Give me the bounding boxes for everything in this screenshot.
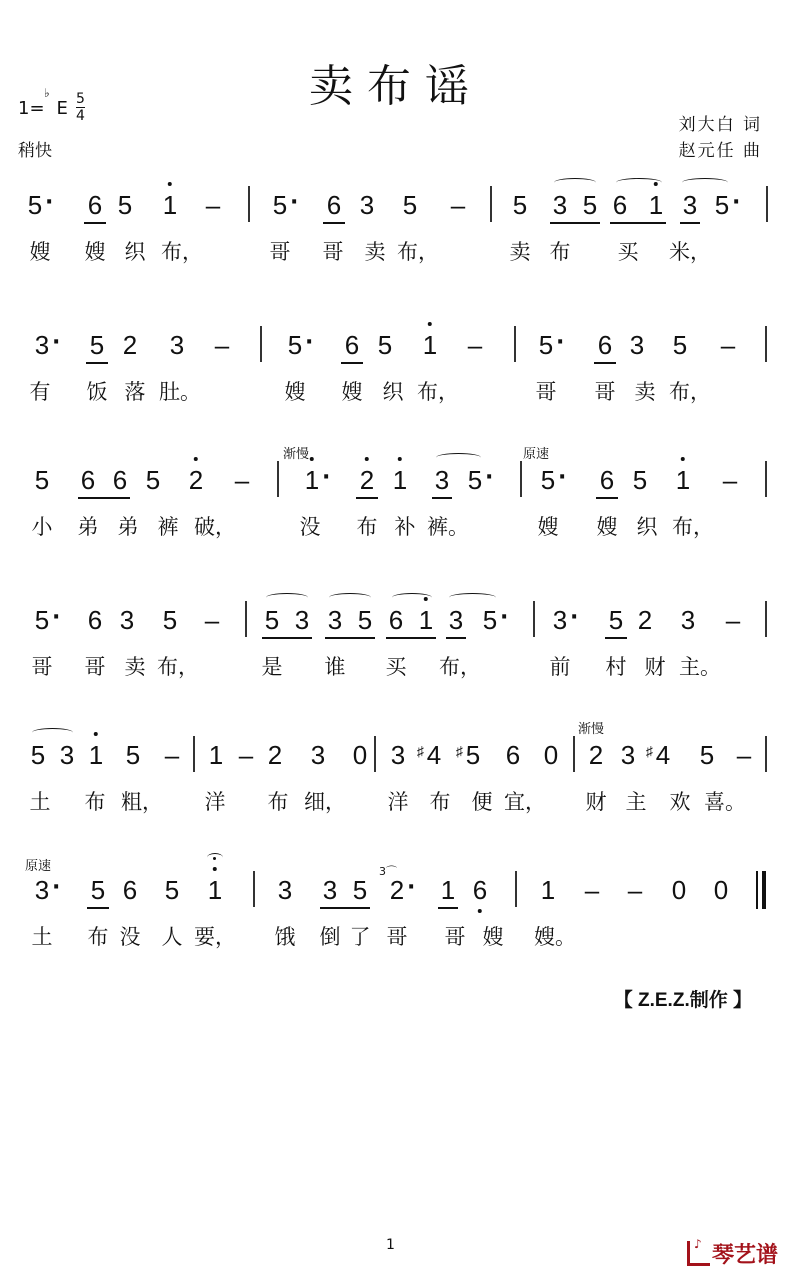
note: 5 — [378, 330, 392, 360]
note: 6 — [506, 740, 520, 770]
beam-underline — [596, 497, 618, 499]
beam-underline — [325, 637, 375, 639]
lyric-syllable: 嫂 — [30, 236, 51, 266]
lyric-syllable: 买 — [618, 236, 639, 266]
sharp-sign-icon: ♯ — [456, 736, 463, 766]
dash-extension: – — [628, 875, 642, 905]
bar-line — [277, 461, 279, 497]
lyric-syllable: 有 — [30, 376, 51, 406]
octave-down-dot-icon — [478, 909, 482, 913]
note: 0 — [672, 875, 686, 905]
note: 6 — [600, 465, 614, 495]
octave-up-dot-icon — [365, 457, 369, 461]
note: 6 — [327, 190, 341, 220]
lyric-syllable: 裤 — [158, 511, 179, 541]
bar-line — [765, 461, 767, 497]
note-value: 0 — [714, 875, 728, 905]
lyric-syllable: 土 — [32, 921, 53, 951]
note: 5 — [358, 605, 372, 635]
octave-up-dot-icon — [213, 867, 217, 871]
beam-underline — [594, 362, 616, 364]
beam-underline — [386, 637, 436, 639]
note-value: 5 — [91, 875, 105, 905]
note-value: 3 — [630, 330, 644, 360]
a-tempo-marking: 原速 — [25, 855, 51, 874]
lyricist-credit: 刘大白 词 — [679, 110, 762, 135]
note-value: 0 — [672, 875, 686, 905]
slur-arc — [266, 593, 308, 602]
augmentation-dot-icon: · — [305, 328, 313, 358]
bar-line — [245, 601, 247, 637]
slur-arc — [616, 178, 662, 187]
note-value: 3 — [553, 190, 567, 220]
note-value: 1 — [419, 605, 433, 635]
note: 4♯ — [427, 740, 441, 770]
bar-line — [514, 326, 516, 362]
lyric-syllable: 补 — [395, 511, 416, 541]
note: 3 — [170, 330, 184, 360]
octave-up-dot-icon — [681, 457, 685, 461]
lyric-syllable: 饿 — [275, 921, 296, 951]
lyric-syllable: 洋 — [205, 786, 226, 816]
page-number: 1 — [386, 1237, 395, 1253]
note-value: 5 — [466, 740, 480, 770]
key-signature: 1=♭E — [18, 98, 68, 119]
note: 5 — [633, 465, 647, 495]
beam-underline — [610, 222, 666, 224]
lyric-syllable: 哥 — [536, 376, 557, 406]
note-value: – — [468, 330, 482, 360]
note-value: 5 — [378, 330, 392, 360]
lyric-syllable: 没 — [120, 921, 141, 951]
ritardando-marking: 渐慢 — [578, 718, 604, 737]
note: 5 — [273, 190, 287, 220]
note-value: 6 — [389, 605, 403, 635]
note: 4♯ — [656, 740, 670, 770]
flat-sign-icon: ♭ — [44, 86, 50, 100]
note-value: 1 — [89, 740, 103, 770]
bar-line — [253, 871, 255, 907]
note-value: 5 — [633, 465, 647, 495]
note: 1 — [649, 190, 663, 220]
note: 3 — [681, 605, 695, 635]
lyric-syllable: 布 — [88, 921, 109, 951]
note-value: 5 — [673, 330, 687, 360]
note: 3 — [391, 740, 405, 770]
note-value: 5 — [28, 190, 42, 220]
note-value: 5 — [700, 740, 714, 770]
note-value: 6 — [327, 190, 341, 220]
note: 0 — [353, 740, 367, 770]
arranger-credit: 【 Z.E.Z.制作 】 — [614, 985, 752, 1012]
note-value: 5 — [539, 330, 553, 360]
note: 6 — [88, 605, 102, 635]
note: 0 — [714, 875, 728, 905]
lyric-syllable: 卖 — [365, 236, 386, 266]
lyric-syllable: 布 — [85, 786, 106, 816]
note-value: – — [737, 740, 751, 770]
logo-text: 琴艺谱 — [712, 1238, 778, 1269]
note: 5 — [28, 190, 42, 220]
lyric-syllable: 布， — [417, 376, 459, 406]
beam-underline — [320, 907, 370, 909]
octave-up-dot-icon — [428, 322, 432, 326]
score-system: 3·56513352·3⌒161––00土布没人要，饿倒了哥哥嫂嫂。原速 — [0, 875, 792, 985]
note-value: 3 — [295, 605, 309, 635]
lyric-syllable: 布， — [669, 376, 711, 406]
lyric-syllable: 了 — [350, 921, 371, 951]
augmentation-dot-icon: · — [485, 463, 493, 493]
note-value: 2 — [638, 605, 652, 635]
site-logo: 琴艺谱 — [687, 1238, 778, 1269]
note: 3 — [683, 190, 697, 220]
note: 6 — [598, 330, 612, 360]
note: 5 — [31, 740, 45, 770]
note-value: 6 — [123, 875, 137, 905]
note-value: 5 — [403, 190, 417, 220]
note-value: – — [723, 465, 737, 495]
note-value: 6 — [600, 465, 614, 495]
lyric-syllable: 布， — [672, 511, 714, 541]
note: 1 — [423, 330, 437, 360]
bar-line — [520, 461, 522, 497]
note-value: 5 — [35, 605, 49, 635]
dash-extension: – — [468, 330, 482, 360]
augmentation-dot-icon: · — [52, 328, 60, 358]
score-system: 5·651–5·635–5356135·嫂嫂织布，哥哥卖布，卖布买米， — [0, 190, 792, 300]
note-value: 3 — [328, 605, 342, 635]
note-value: 1 — [423, 330, 437, 360]
dash-extension: – — [239, 740, 253, 770]
note: 5♯ — [466, 740, 480, 770]
note-value: 2 — [189, 465, 203, 495]
sharp-sign-icon: ♯ — [646, 736, 653, 766]
lyric-syllable: 哥 — [595, 376, 616, 406]
note-value: 3 — [35, 875, 49, 905]
lyric-syllable: 哥 — [445, 921, 466, 951]
note-value: – — [235, 465, 249, 495]
lyric-syllable: 是 — [262, 651, 283, 681]
lyric-syllable: 卖 — [635, 376, 656, 406]
note: 5 — [609, 605, 623, 635]
lyric-syllable: 嫂 — [483, 921, 504, 951]
lyric-syllable: 饭 — [87, 376, 108, 406]
dash-extension: – — [585, 875, 599, 905]
augmentation-dot-icon: · — [500, 603, 508, 633]
lyric-syllable: 嫂 — [538, 511, 559, 541]
note: 1 — [89, 740, 103, 770]
note-value: 6 — [88, 605, 102, 635]
final-bar-thin — [756, 871, 758, 909]
note: 3 — [621, 740, 635, 770]
lyric-syllable: 洋 — [388, 786, 409, 816]
bar-line — [193, 736, 195, 772]
note-value: 0 — [544, 740, 558, 770]
score-title: 卖布谣 — [0, 50, 792, 114]
lyric-syllable: 宜， — [504, 786, 546, 816]
lyric-syllable: 人 — [162, 921, 183, 951]
note-value: 5 — [468, 465, 482, 495]
lyric-syllable: 布 — [357, 511, 378, 541]
lyric-syllable: 布 — [550, 236, 571, 266]
note: 3 — [60, 740, 74, 770]
note-value: 5 — [165, 875, 179, 905]
beam-underline — [341, 362, 363, 364]
bar-line — [765, 601, 767, 637]
note-value: 6 — [613, 190, 627, 220]
lyric-syllable: 没 — [300, 511, 321, 541]
key-prefix: 1= — [18, 98, 45, 119]
lyric-syllable: 布， — [157, 651, 199, 681]
score-system: 5315–1–23034♯5♯60234♯5–土布粗，洋布细，洋布便宜，财主欢喜… — [0, 740, 792, 850]
note-value: 5 — [265, 605, 279, 635]
note: 5 — [700, 740, 714, 770]
augmentation-dot-icon: · — [556, 328, 564, 358]
beam-underline — [323, 222, 345, 224]
lyric-syllable: 哥 — [387, 921, 408, 951]
note-value: – — [206, 190, 220, 220]
note-value: 1 — [441, 875, 455, 905]
note: 0 — [544, 740, 558, 770]
note-value: 6 — [598, 330, 612, 360]
lyric-syllable: 财 — [586, 786, 607, 816]
dash-extension: – — [723, 465, 737, 495]
note: 1 — [419, 605, 433, 635]
slur-arc — [329, 593, 371, 602]
bar-line — [248, 186, 250, 222]
lyric-syllable: 村 — [606, 651, 627, 681]
note: 2 — [268, 740, 282, 770]
note-value: 5 — [483, 605, 497, 635]
dash-extension: – — [215, 330, 229, 360]
lyric-syllable: 破， — [194, 511, 236, 541]
fermata-icon — [207, 853, 223, 862]
note-value: – — [721, 330, 735, 360]
lyric-syllable: 米， — [669, 236, 711, 266]
augmentation-dot-icon: · — [558, 463, 566, 493]
lyric-syllable: 织 — [637, 511, 658, 541]
note: 6 — [88, 190, 102, 220]
note: 1 — [305, 465, 319, 495]
note-value: 2 — [360, 465, 374, 495]
note: 5 — [539, 330, 553, 360]
note: 5 — [403, 190, 417, 220]
octave-up-dot-icon — [398, 457, 402, 461]
lyric-syllable: 肚。 — [159, 376, 201, 406]
note-value: 1 — [305, 465, 319, 495]
lyric-syllable: 哥 — [32, 651, 53, 681]
slur-arc — [554, 178, 596, 187]
note: 5 — [265, 605, 279, 635]
lyric-syllable: 土 — [30, 786, 51, 816]
slur-arc — [682, 178, 728, 187]
lyric-syllable: 细， — [304, 786, 346, 816]
dash-extension: – — [206, 190, 220, 220]
dash-extension: – — [235, 465, 249, 495]
note-value: 4 — [427, 740, 441, 770]
beam-underline — [550, 222, 600, 224]
slur-arc — [449, 593, 496, 602]
bar-line — [515, 871, 517, 907]
note-value: – — [165, 740, 179, 770]
note-value: 6 — [113, 465, 127, 495]
note: 5 — [353, 875, 367, 905]
lyric-syllable: 布， — [161, 236, 203, 266]
note-value: 5 — [609, 605, 623, 635]
lyric-syllable: 便 — [472, 786, 493, 816]
dash-extension: – — [737, 740, 751, 770]
lyric-syllable: 嫂 — [285, 376, 306, 406]
slur-arc — [436, 453, 481, 462]
note: 5 — [541, 465, 555, 495]
octave-up-dot-icon — [310, 457, 314, 461]
note: 3 — [630, 330, 644, 360]
note: 1 — [209, 740, 223, 770]
bar-line — [765, 326, 767, 362]
note-value: 3 — [360, 190, 374, 220]
beam-underline — [87, 907, 109, 909]
lyric-syllable: 主 — [626, 786, 647, 816]
note-value: 3 — [435, 465, 449, 495]
note-value: 6 — [88, 190, 102, 220]
note: 5 — [513, 190, 527, 220]
lyric-syllable: 欢 — [670, 786, 691, 816]
note: 2 — [638, 605, 652, 635]
note-value: – — [205, 605, 219, 635]
note-value: 2 — [589, 740, 603, 770]
note: 5 — [163, 605, 177, 635]
beam-underline — [680, 222, 700, 224]
note: 5 — [715, 190, 729, 220]
beam-underline — [356, 497, 378, 499]
note-value: 3 — [311, 740, 325, 770]
tempo-marking: 稍快 — [18, 136, 52, 161]
lyric-syllable: 嫂 — [342, 376, 363, 406]
lyric-syllable: 小 — [32, 511, 53, 541]
note-value: 5 — [513, 190, 527, 220]
lyric-syllable: 哥 — [85, 651, 106, 681]
note-value: 5 — [31, 740, 45, 770]
note-value: 2 — [123, 330, 137, 360]
note-value: 1 — [208, 875, 222, 905]
lyric-syllable: 织 — [383, 376, 404, 406]
note-value: 3 — [391, 740, 405, 770]
note: 1 — [541, 875, 555, 905]
augmentation-dot-icon: · — [45, 188, 53, 218]
note-value: 0 — [353, 740, 367, 770]
lyric-syllable: 布 — [268, 786, 289, 816]
note: 5 — [468, 465, 482, 495]
beam-underline — [446, 637, 466, 639]
a-tempo-marking: 原速 — [523, 443, 549, 462]
note: 2 — [390, 875, 404, 905]
dash-extension: – — [721, 330, 735, 360]
note-value: 5 — [163, 605, 177, 635]
beam-underline — [432, 497, 452, 499]
note: 3 — [328, 605, 342, 635]
note: 5 — [35, 465, 49, 495]
note: 3 — [295, 605, 309, 635]
bar-line — [490, 186, 492, 222]
piano-logo-icon — [687, 1241, 710, 1266]
bar-line — [765, 736, 767, 772]
note-value: 3 — [278, 875, 292, 905]
note: 1 — [441, 875, 455, 905]
note: 2 — [589, 740, 603, 770]
note: 6 — [113, 465, 127, 495]
beam-underline — [86, 362, 108, 364]
sharp-sign-icon: ♯ — [417, 736, 424, 766]
note: 5 — [35, 605, 49, 635]
note-value: 5 — [541, 465, 555, 495]
lyric-syllable: 倒 — [320, 921, 341, 951]
dash-extension: – — [451, 190, 465, 220]
bar-line — [260, 326, 262, 362]
final-bar-thick — [762, 871, 766, 909]
note: 3 — [311, 740, 325, 770]
slur-arc — [392, 593, 432, 602]
lyric-syllable: 粗， — [121, 786, 163, 816]
octave-up-dot-icon — [94, 732, 98, 736]
ritardando-marking: 渐慢 — [283, 443, 309, 462]
note: 1 — [208, 875, 222, 905]
note-value: 3 — [170, 330, 184, 360]
note-value: 3 — [323, 875, 337, 905]
note-value: – — [215, 330, 229, 360]
note-value: 5 — [118, 190, 132, 220]
note-value: 5 — [353, 875, 367, 905]
dash-extension: – — [205, 605, 219, 635]
score-system: 3·523–5·651–5·635–有饭落肚。嫂嫂织布，哥哥卖布， — [0, 330, 792, 440]
triplet-grace-icon: 3⌒ — [379, 863, 397, 879]
note: 6 — [389, 605, 403, 635]
note: 3 — [435, 465, 449, 495]
augmentation-dot-icon: · — [322, 463, 330, 493]
augmentation-dot-icon: · — [52, 603, 60, 633]
lyric-syllable: 要， — [194, 921, 236, 951]
lyric-syllable: 主。 — [679, 651, 721, 681]
octave-up-dot-icon — [194, 457, 198, 461]
note: 1 — [163, 190, 177, 220]
time-signature-bottom: 4 — [76, 108, 85, 124]
lyric-syllable: 布， — [439, 651, 481, 681]
note: 3 — [323, 875, 337, 905]
beam-underline — [84, 222, 106, 224]
lyric-syllable: 喜。 — [704, 786, 746, 816]
note-value: 1 — [649, 190, 663, 220]
note-value: 4 — [656, 740, 670, 770]
note-value: 5 — [90, 330, 104, 360]
note: 6 — [613, 190, 627, 220]
note: 5 — [483, 605, 497, 635]
note-value: 3 — [683, 190, 697, 220]
augmentation-dot-icon: · — [732, 188, 740, 218]
lyric-syllable: 嫂。 — [534, 921, 576, 951]
slur-arc — [32, 728, 73, 737]
lyric-syllable: 裤。 — [427, 511, 469, 541]
lyric-syllable: 布， — [397, 236, 439, 266]
bar-line — [573, 736, 575, 772]
note-value: 1 — [541, 875, 555, 905]
note: 3 — [360, 190, 374, 220]
lyric-syllable: 卖 — [510, 236, 531, 266]
note: 5 — [673, 330, 687, 360]
note-value: 2 — [268, 740, 282, 770]
octave-up-dot-icon — [168, 182, 172, 186]
beam-underline — [605, 637, 627, 639]
lyric-syllable: 哥 — [270, 236, 291, 266]
lyric-syllable: 卖 — [125, 651, 146, 681]
